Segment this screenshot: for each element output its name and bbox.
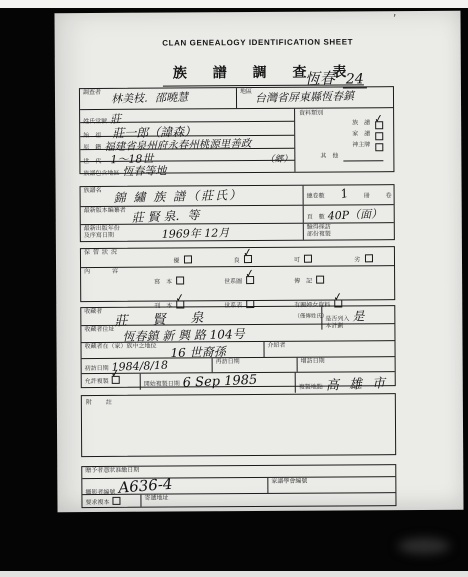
check-mark: ✓ <box>333 291 344 303</box>
checkbox <box>177 276 185 284</box>
checkbox <box>365 254 373 262</box>
section-owner: 收藏者 莊 賢 泉 是否列入 本計劃 是 收藏者住址 恆春鎮 新 興 路 104… <box>80 305 395 388</box>
check-mark: ✓ <box>242 246 253 258</box>
checkbox: ✓ <box>112 376 120 384</box>
content-item-pedigree-chart: 世系圖 ✓ <box>224 270 294 288</box>
identity-left-rows: 姓氏堂號 莊 始 祖 莊一郎（諱森） 原 籍 福建省泉州府永春州桃源里善政 世 … <box>80 109 294 173</box>
material-item-other: 其 他 <box>299 153 389 162</box>
material-item-label: 神主牌 <box>352 143 370 150</box>
pen-tick-mark: ʼ <box>391 13 396 25</box>
condition-option-excellent: 優 <box>173 249 192 267</box>
coverage-label: 族譜包含地區 <box>83 171 119 178</box>
condition-option-fair: 可 <box>294 249 313 267</box>
section-identity: 調查者 林美枝．邵曉慧 地區 台灣省屏東縣恆春鎮 姓氏堂號 莊 始 祖 莊一郎（… <box>79 86 395 174</box>
condition-option-poor: 劣 <box>354 248 373 266</box>
scan-bottom-white-strip <box>0 571 468 577</box>
check-mark: ✓ <box>373 113 384 125</box>
option-label: 良 <box>234 258 240 264</box>
owner-position-value: 16 世裔孫 <box>170 343 225 361</box>
content-item-manuscript: 寫 本 <box>154 270 224 288</box>
volumes-unit-ce: 冊 <box>364 193 370 200</box>
section-publication: 族譜名 錦 繡 族 譜（莊氏） 總卷數 1 冊 卷 最新版本編纂者 莊 賢 泉．… <box>80 184 395 242</box>
notes-label: 附 註 <box>86 400 116 407</box>
option-label: 劣 <box>354 257 360 263</box>
condition-label: 保管狀況 <box>84 250 120 257</box>
section-processing: 贈予者憑狀准繳日期 攝影者編號 A636-4 家譜學會編號 要求複本 寄遞地址 <box>81 464 396 508</box>
listed-value: 是 <box>352 307 365 324</box>
copy-request-label: 要求複本 <box>85 500 109 507</box>
check-mark: ✓ <box>175 292 186 304</box>
coverage-value: 恆春等地 <box>122 162 166 179</box>
first-visit-label: 初訪日期 <box>85 366 109 373</box>
content-item-biography: 傳 記 <box>294 269 392 288</box>
option-label: 優 <box>173 258 179 264</box>
checkbox <box>375 143 383 151</box>
owner-position-label: 收藏者在（家）族中之地位 <box>85 344 157 351</box>
additional-visit-label: 增訪日期 <box>301 359 325 366</box>
checkbox <box>184 255 192 263</box>
pages-value: 40P（面） <box>327 205 382 223</box>
scan-smudge-artifact <box>398 538 450 554</box>
material-item-family-genealogy: 家 譜 <box>299 131 389 140</box>
copy-place-label: 複製地點 <box>299 385 323 392</box>
surveyor-label: 調查者 <box>83 90 101 97</box>
contents-label: 內 容 <box>84 269 126 276</box>
photographer-number-value: A636-4 <box>118 475 173 497</box>
introducer-label: 介紹者 <box>267 343 285 350</box>
volumes-value: 1 <box>339 186 349 201</box>
material-item-clan-genealogy: 族 譜 ✓ <box>299 120 389 129</box>
checkbox <box>375 132 383 140</box>
publication-date-value: 1969年 12月 <box>132 224 230 242</box>
owner-label: 收藏者 <box>84 309 102 316</box>
check-mark: ✓ <box>110 367 121 379</box>
copy-start-date-value: 6 Sep 1985 <box>182 373 257 391</box>
scan-top-white-strip <box>0 0 468 8</box>
owner-address-label: 收藏者住址 <box>84 327 114 334</box>
checkbox <box>304 255 312 263</box>
condition-option-good: 良 ✓ <box>234 249 253 267</box>
other-blank-line <box>343 153 383 161</box>
option-label: 可 <box>294 258 300 264</box>
checkbox: ✓ <box>244 255 252 263</box>
second-visit-label: 再訪日期 <box>216 359 240 366</box>
form-paper: ʼ CLAN GENEALOGY IDENTIFICATION SHEET 族 … <box>54 11 463 512</box>
society-number-label: 家譜學會編號 <box>271 479 307 486</box>
compiler-value: 莊 賢 泉．等 <box>131 206 199 226</box>
material-item-label: 家 譜 <box>352 132 370 139</box>
first-visit-value: 1984/8/18 <box>111 359 168 374</box>
pages-label: 頁 數 <box>307 215 325 222</box>
surveyor-value: 林美枝．邵曉慧 <box>111 89 188 107</box>
checkbox: ✓ <box>375 121 383 129</box>
section-condition: 保管狀況 優 良 ✓ 可 劣 內 容 寫 本 世系圖 ✓ 傳 記 刊 本 ✓ 世… <box>80 246 395 302</box>
copy-place-value: 高 雄 市 <box>325 372 388 394</box>
copy-permission-label: 允許複製 <box>85 379 109 386</box>
section-notes: 附 註 <box>81 393 396 457</box>
mailing-address-label: 寄遞地址 <box>144 496 168 503</box>
form-header-english: CLAN GENEALOGY IDENTIFICATION SHEET <box>55 37 461 48</box>
checkbox <box>112 497 120 505</box>
genealogy-title-label: 族譜名 <box>84 188 102 195</box>
volumes-label: 總卷數 <box>307 194 325 201</box>
checkbox <box>317 276 325 284</box>
check-mark: ✓ <box>245 267 256 279</box>
genealogy-title-value: 錦 繡 族 譜（莊氏） <box>113 186 243 206</box>
material-type-box: 資料類別 族 譜 ✓ 家 譜 神主牌 其 他 <box>294 108 393 172</box>
owner-address-value: 恆春鎮 新 興 路 104号 <box>122 325 245 345</box>
publication-date-label-line2: 及序寫日期 <box>84 233 114 240</box>
volumes-unit-juan: 卷 <box>386 193 392 200</box>
material-item-ancestral-tablet: 神主牌 <box>299 142 389 151</box>
compiler-label: 最新版本編纂者 <box>84 208 126 215</box>
grant-certificate-date-label: 贈予者憑狀准繳日期 <box>85 468 139 475</box>
scanned-document-page: { "page": { "header_en": "CLAN GENEALOGY… <box>0 0 468 577</box>
checkbox: ✓ <box>247 276 255 284</box>
copy-start-date-label: 開始複製日期 <box>144 381 180 388</box>
verification-label-line2: 部份複製 <box>307 231 331 238</box>
item-label: 傳 記 <box>294 279 312 285</box>
material-item-label: 其 他 <box>320 154 338 161</box>
area-value: 台灣省屏東縣恆春鎮 <box>255 88 354 106</box>
material-item-label: 族 譜 <box>352 121 370 128</box>
item-label: 寫 本 <box>154 280 172 286</box>
area-label: 地區 <box>240 89 252 96</box>
item-label: 世系圖 <box>224 279 242 285</box>
